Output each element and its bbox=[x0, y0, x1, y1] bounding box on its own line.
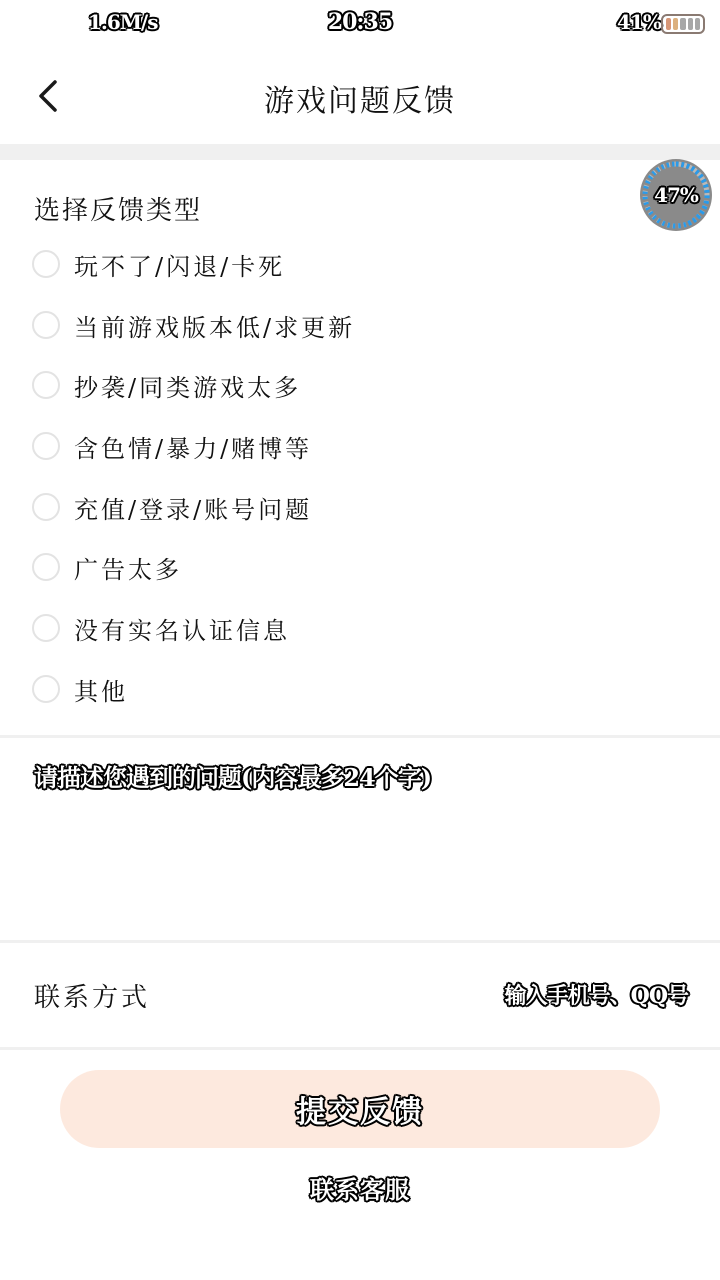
radio-button[interactable] bbox=[32, 311, 60, 339]
clock: 20:35 bbox=[0, 9, 720, 35]
battery-icon bbox=[661, 14, 705, 34]
option-plagiarism[interactable]: 抄袭/同类游戏太多 bbox=[32, 365, 301, 405]
option-label: 抄袭/同类游戏太多 bbox=[74, 368, 301, 403]
radio-button[interactable] bbox=[32, 250, 60, 278]
battery-cell bbox=[673, 18, 678, 30]
submit-label: 提交反馈 bbox=[296, 1087, 424, 1131]
nav-bar: 游戏问题反馈 bbox=[0, 48, 720, 144]
radio-button[interactable] bbox=[32, 614, 60, 642]
battery-cell bbox=[688, 18, 693, 30]
option-outdated-version[interactable]: 当前游戏版本低/求更新 bbox=[32, 305, 355, 345]
battery-cell bbox=[695, 18, 700, 30]
contact-label: 联系方式 bbox=[34, 977, 150, 1014]
option-label: 含色情/暴力/赌博等 bbox=[74, 429, 312, 464]
status-bar: 1.6M/s 20:35 41% bbox=[0, 0, 720, 48]
section-title: 选择反馈类型 bbox=[34, 190, 202, 227]
option-other[interactable]: 其他 bbox=[32, 669, 128, 709]
feedback-type-section: 选择反馈类型 玩不了/闪退/卡死 当前游戏版本低/求更新 抄袭/同类游戏太多 含… bbox=[0, 160, 720, 735]
option-account-issue[interactable]: 充值/登录/账号问题 bbox=[32, 487, 312, 527]
option-label: 广告太多 bbox=[74, 550, 182, 585]
page-title: 游戏问题反馈 bbox=[0, 76, 720, 120]
option-label: 玩不了/闪退/卡死 bbox=[74, 247, 285, 282]
battery-percent: 41% bbox=[617, 10, 661, 34]
section-gap bbox=[0, 144, 720, 160]
description-section: 请描述您遇到的问题(内容最多24个字) bbox=[0, 738, 720, 940]
contact-input[interactable]: 输入手机号、QQ号 bbox=[505, 979, 688, 1010]
option-crash[interactable]: 玩不了/闪退/卡死 bbox=[32, 244, 285, 284]
option-label: 当前游戏版本低/求更新 bbox=[74, 308, 355, 343]
radio-button[interactable] bbox=[32, 432, 60, 460]
option-inappropriate-content[interactable]: 含色情/暴力/赌博等 bbox=[32, 426, 312, 466]
option-label: 充值/登录/账号问题 bbox=[74, 490, 312, 525]
battery-cell bbox=[666, 18, 671, 30]
contact-service-link[interactable]: 联系客服 bbox=[0, 1170, 720, 1205]
option-too-many-ads[interactable]: 广告太多 bbox=[32, 547, 182, 587]
option-no-real-name-auth[interactable]: 没有实名认证信息 bbox=[32, 608, 290, 648]
divider bbox=[0, 1047, 720, 1050]
progress-badge[interactable]: 47% bbox=[640, 159, 712, 231]
radio-button[interactable] bbox=[32, 493, 60, 521]
contact-row: 联系方式 输入手机号、QQ号 bbox=[0, 943, 720, 1047]
option-label: 其他 bbox=[74, 672, 128, 707]
progress-percent: 47% bbox=[654, 183, 698, 207]
radio-button[interactable] bbox=[32, 675, 60, 703]
submit-feedback-button[interactable]: 提交反馈 bbox=[60, 1070, 660, 1148]
battery-cell bbox=[680, 18, 685, 30]
radio-button[interactable] bbox=[32, 371, 60, 399]
description-textarea[interactable]: 请描述您遇到的问题(内容最多24个字) bbox=[34, 758, 686, 930]
option-label: 没有实名认证信息 bbox=[74, 611, 290, 646]
radio-button[interactable] bbox=[32, 553, 60, 581]
